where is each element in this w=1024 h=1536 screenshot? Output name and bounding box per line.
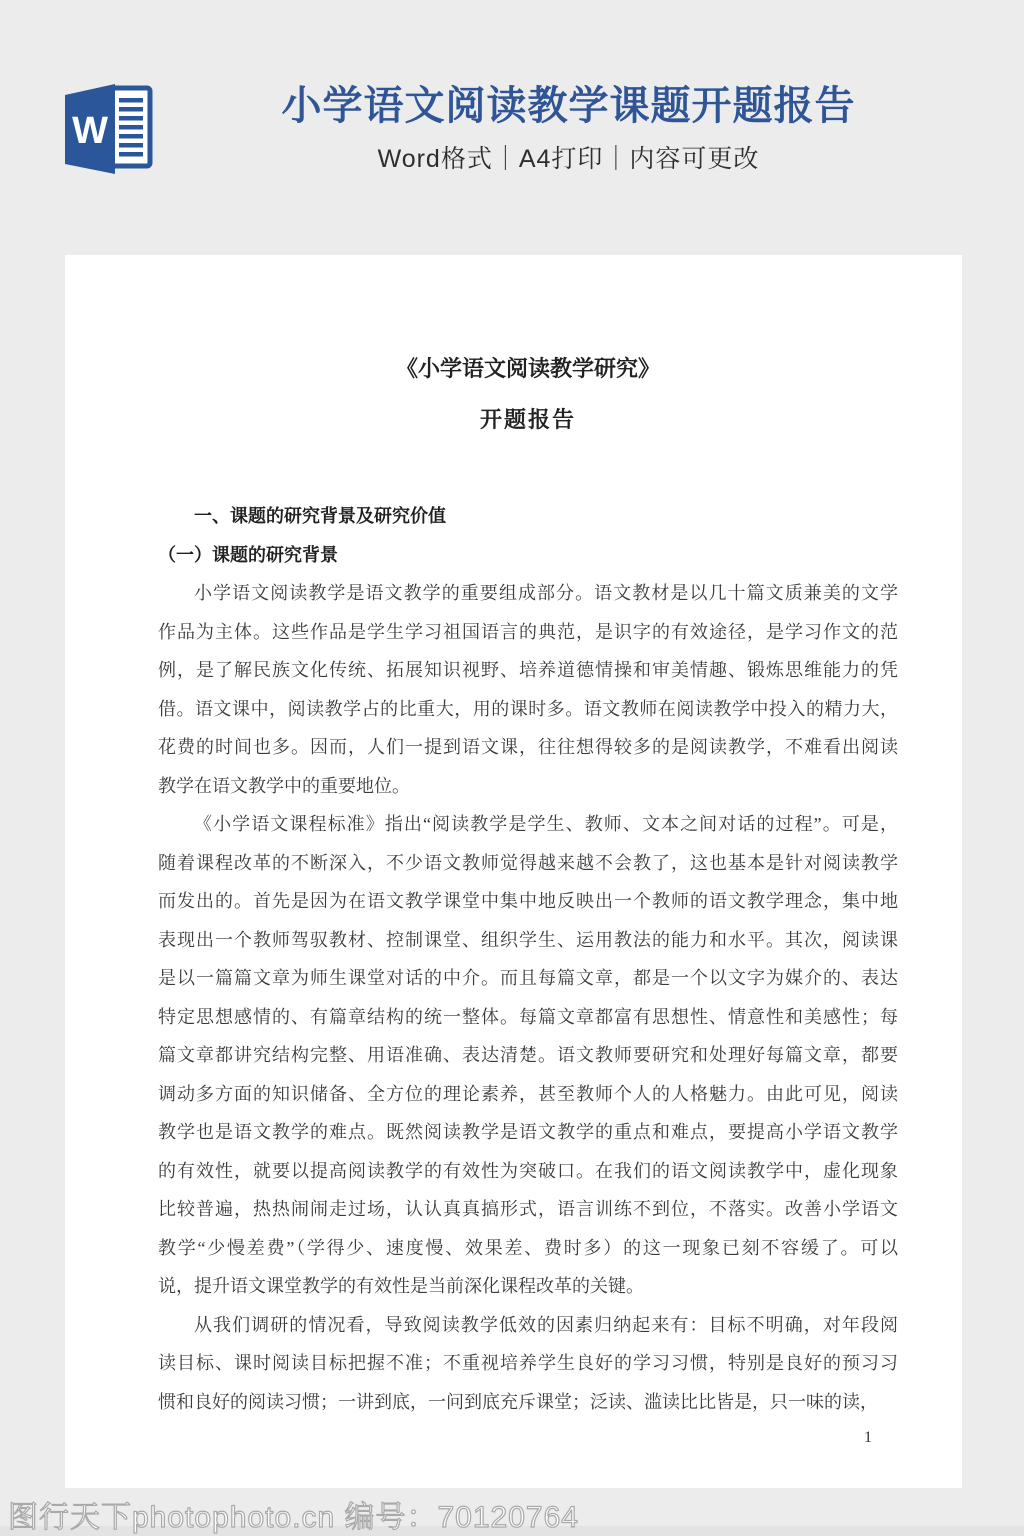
body-line: 小学语文阅读教学是语文教学的重要组成部分。语文教材是以几十篇文质兼美的文学 — [158, 574, 898, 613]
body-line: 特定思想感情的、有篇章结构的统一整体。每篇文章都富有思想性、情意性和美感性；每 — [158, 998, 898, 1037]
body-line: 随着课程改革的不断深入，不少语文教师觉得越来越不会教了，这也基本是针对阅读教学 — [158, 844, 898, 883]
body-line: 的有效性，就要以提高阅读教学的有效性为突破口。在我们的语文阅读教学中，虚化现象 — [158, 1152, 898, 1191]
body-line: 而发出的。首先是因为在语文教学课堂中集中地反映出一个教师的语文教学理念，集中地 — [158, 882, 898, 921]
document-subtitle: 开题报告 — [158, 401, 898, 440]
body-line: 教学“少慢差费”（学得少、速度慢、效果差、费时多）的这一现象已刻不容缓了。可以 — [158, 1229, 898, 1268]
body-line: 《小学语文课程标准》指出“阅读教学是学生、教师、文本之间对话的过程”。可是， — [158, 805, 898, 844]
body-line: 比较普遍，热热闹闹走过场，认认真真搞形式，语言训练不到位，不落实。改善小学语文 — [158, 1190, 898, 1229]
page-number: 1 — [158, 1427, 898, 1449]
body-line: 篇文章都讲究结构完整、用语准确、表达清楚。语文教师要研究和处理好每篇文章，都要 — [158, 1036, 898, 1075]
body-line: 是以一篇篇文章为师生课堂对话的中介。而且每篇文章，都是一个以文字为媒介的、表达 — [158, 959, 898, 998]
body-line: 借。语文课中，阅读教学占的比重大，用的课时多。语文教师在阅读教学中投入的精力大， — [158, 690, 898, 729]
body-line: 从我们调研的情况看，导致阅读教学低效的因素归纳起来有：目标不明确，对年段阅 — [158, 1306, 898, 1345]
header: W 小学语文阅读教学课题开题报告 Word格式｜A4打印｜内容可更改 — [0, 0, 1024, 255]
page-subtitle: Word格式｜A4打印｜内容可更改 — [153, 139, 984, 175]
body-line: 教学在语文教学中的重要地位。 — [158, 767, 898, 806]
body-line: 表现出一个教师驾驭教材、控制课堂、组织学生、运用教法的能力和水平。其次，阅读课 — [158, 921, 898, 960]
body-line: 读目标、课时阅读目标把握不准；不重视培养学生良好的学习习惯，特别是良好的预习习 — [158, 1344, 898, 1383]
body-line: 调动多方面的知识储备、全方位的理论素养，甚至教师个人的人格魅力。由此可见，阅读 — [158, 1075, 898, 1114]
body-paragraphs: 小学语文阅读教学是语文教学的重要组成部分。语文教材是以几十篇文质兼美的文学作品为… — [158, 574, 898, 1421]
svg-text:W: W — [72, 110, 108, 152]
body-line: 说，提升语文课堂教学的有效性是当前深化课程改革的关键。 — [158, 1267, 898, 1306]
body-line: 花费的时间也多。因而，人们一提到语文课，往往想得较多的是阅读教学，不难看出阅读 — [158, 728, 898, 767]
document-page: 《小学语文阅读教学研究》 开题报告 一、课题的研究背景及研究价值 （一）课题的研… — [65, 255, 962, 1488]
header-text-block: 小学语文阅读教学课题开题报告 Word格式｜A4打印｜内容可更改 — [153, 83, 984, 175]
body-line: 教学也是语文教学的难点。既然阅读教学是语文教学的重点和难点，要提高小学语文教学 — [158, 1113, 898, 1152]
document-title: 《小学语文阅读教学研究》 — [158, 350, 898, 389]
watermark-text: 图行天下photophoto.cn 编号：70120764 — [8, 1492, 579, 1536]
section-subheading: （一）课题的研究背景 — [158, 536, 898, 575]
ms-word-icon: W — [63, 83, 153, 175]
section-heading: 一、课题的研究背景及研究价值 — [158, 497, 898, 536]
page-title: 小学语文阅读教学课题开题报告 — [153, 83, 984, 129]
body-line: 惯和良好的阅读习惯；一讲到底，一问到底充斥课堂；泛读、滥读比比皆是，只一味的读， — [158, 1383, 898, 1422]
body-line: 例，是了解民族文化传统、拓展知识视野、培养道德情操和审美情趣、锻炼思维能力的凭 — [158, 651, 898, 690]
body-line: 作品为主体。这些作品是学生学习祖国语言的典范，是识字的有效途径，是学习作文的范 — [158, 613, 898, 652]
